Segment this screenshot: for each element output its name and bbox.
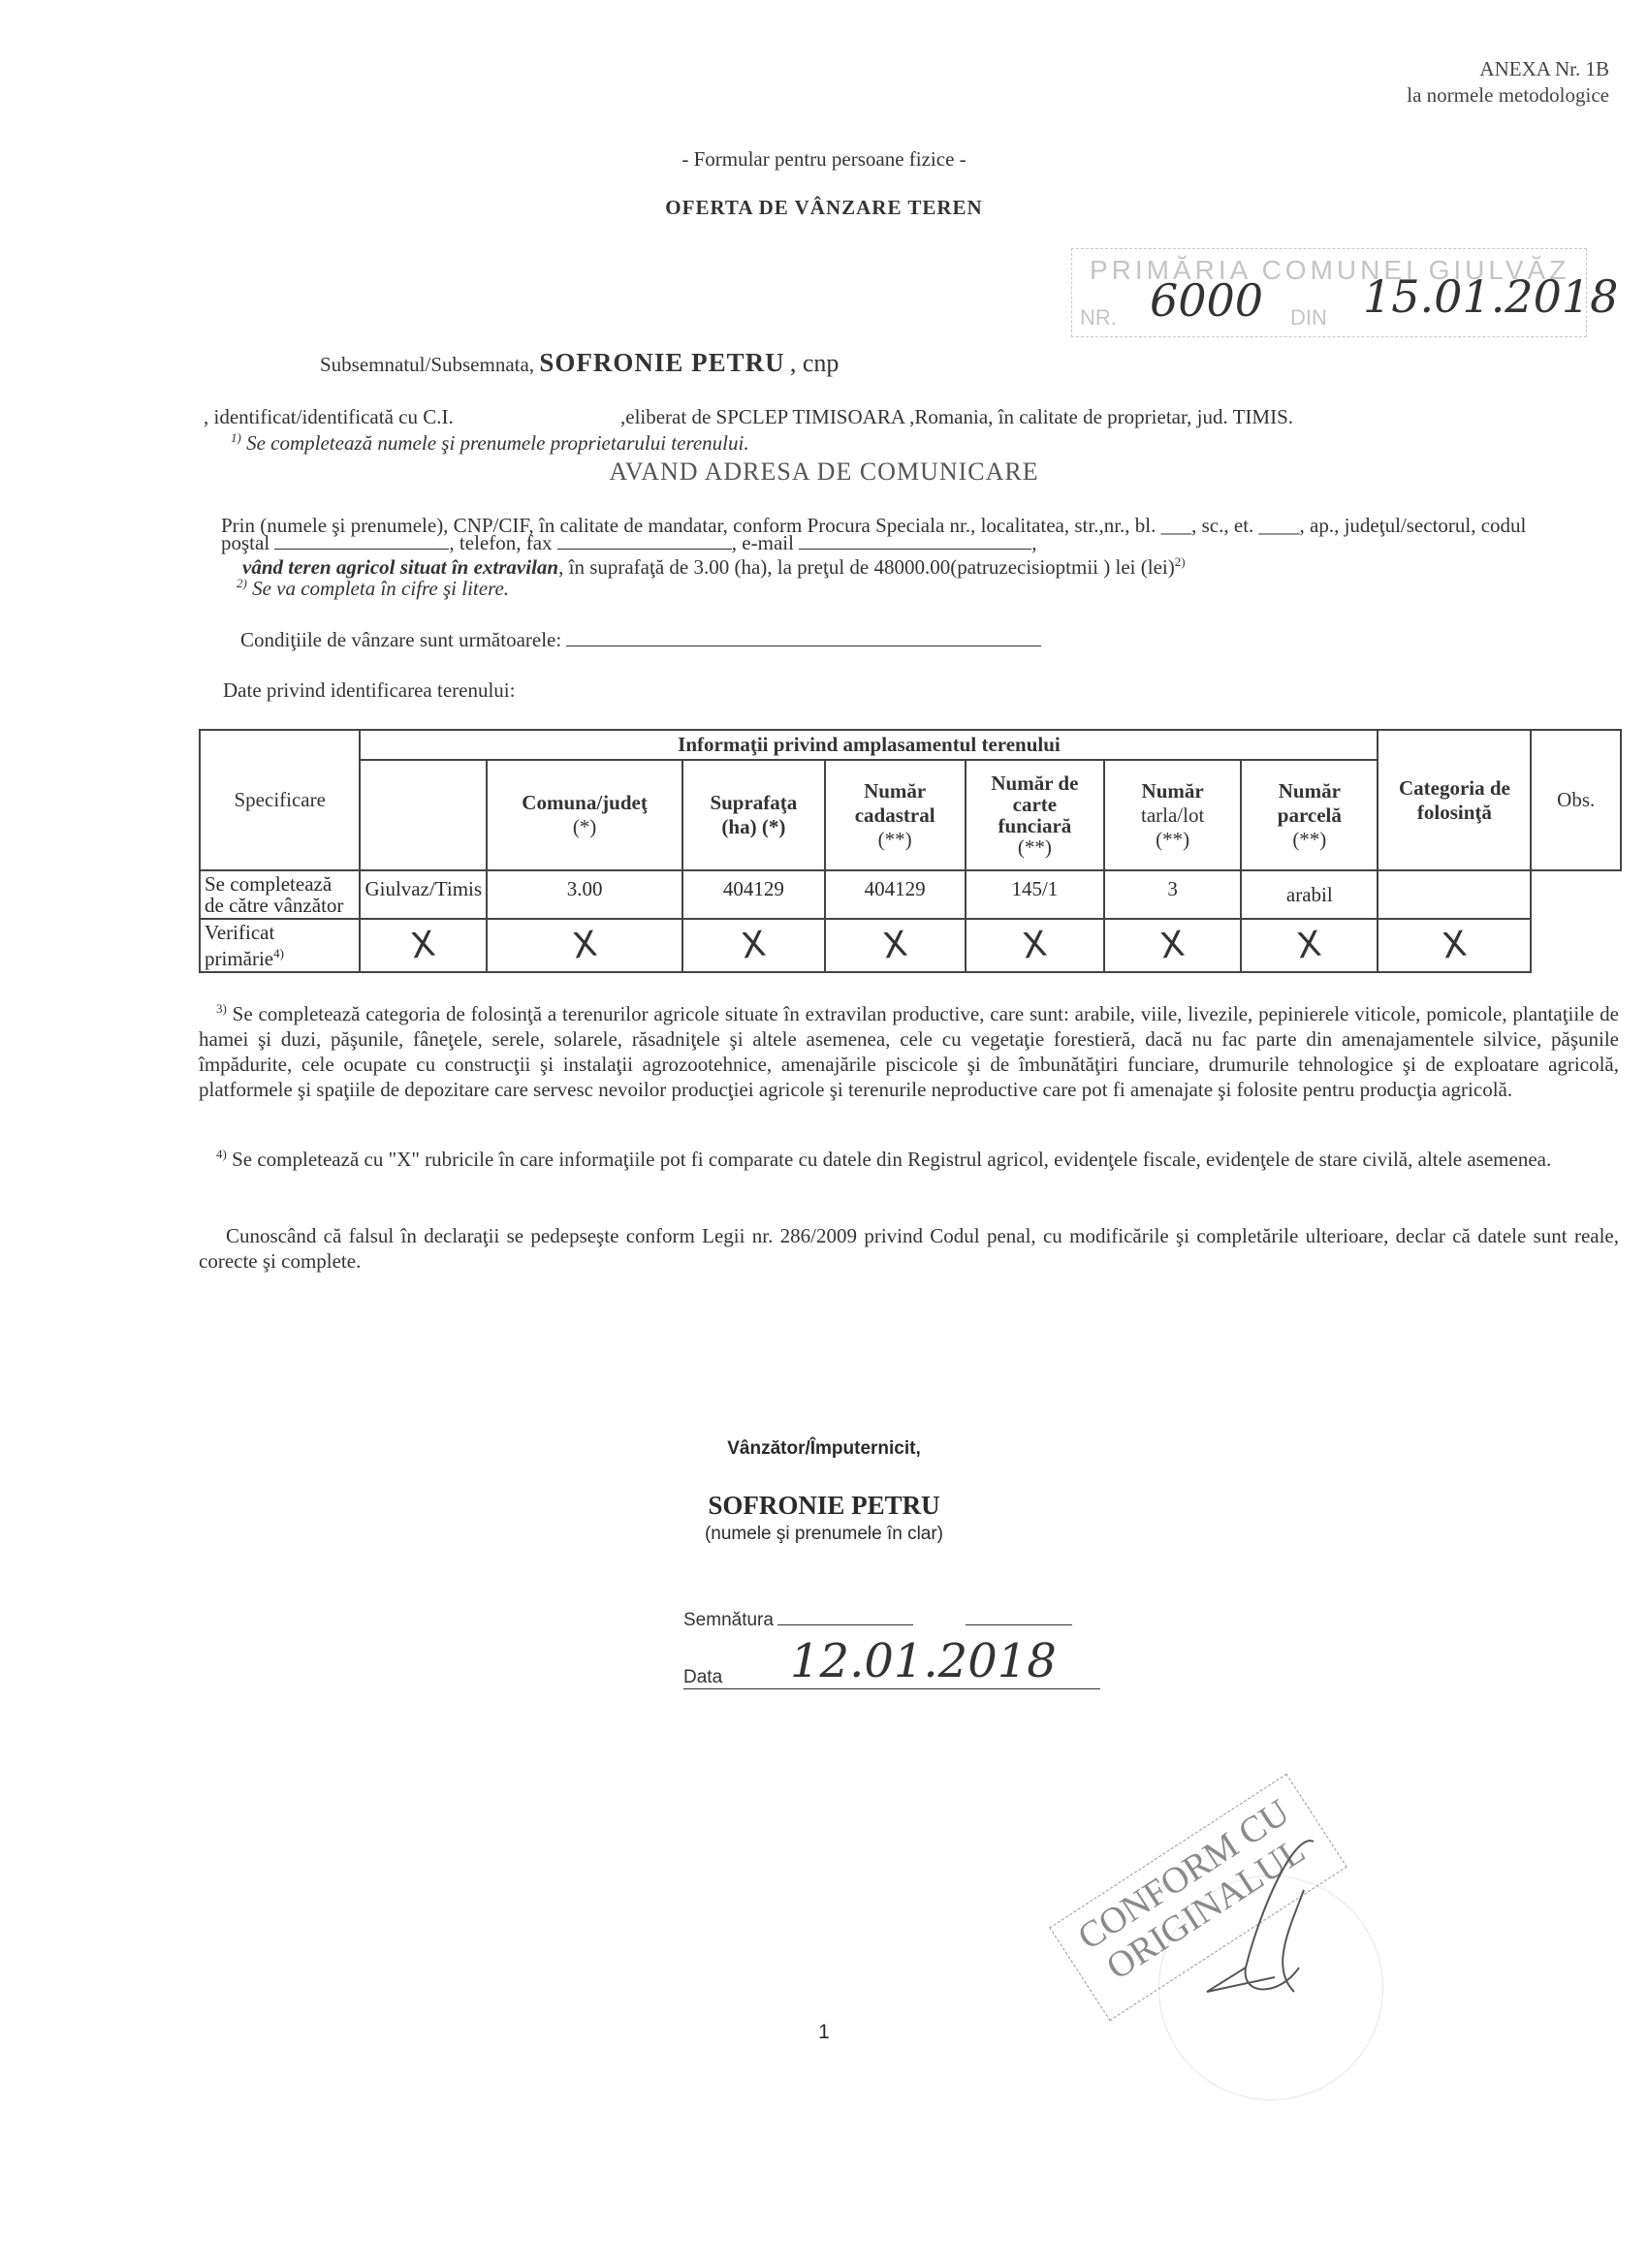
header-categoria-l2: folosinţă	[1382, 801, 1526, 825]
conditions-label: Condiţiile de vânzare sunt următoarele:	[240, 628, 561, 651]
header-carte-l3: funciară	[970, 815, 1099, 836]
footnote-4: 4) Se completează cu "X" rubricile în ca…	[199, 1142, 1619, 1172]
address-heading: AVAND ADRESA DE COMUNICARE	[0, 457, 1648, 487]
cell-categoria: arabil	[1241, 870, 1378, 919]
x-mark-icon: X	[739, 924, 768, 966]
x-mark-icon: X	[1020, 924, 1049, 966]
header-categoria: Categoria de folosinţă	[1378, 730, 1531, 870]
cell-tarla: 145/1	[966, 870, 1104, 919]
postal-code-field[interactable]	[274, 531, 449, 550]
header-parcela-l3: (**)	[1246, 828, 1373, 852]
signer-name: SOFRONIE PETRU	[0, 1491, 1648, 1521]
row-label-verified-text: primărie	[205, 947, 273, 970]
footnote-2: 2) Se va completa în cifre şi litere.	[237, 572, 509, 600]
annex-note: la normele metodologice	[1407, 82, 1609, 109]
table-header-row-group: Specificare Informaţii privind amplasame…	[200, 730, 1621, 760]
footnote-4-text: Se completează cu "X" rubricile în care …	[232, 1148, 1551, 1171]
header-specificare: Specificare	[200, 730, 360, 870]
declaration-text: Cunoscând că falsul în declaraţii se ped…	[199, 1223, 1619, 1274]
footnote-3: 3) Se completează categoria de folosinţă…	[199, 996, 1619, 1102]
date-line: Data 12.01.2018	[683, 1648, 1100, 1689]
header-parcela-l2: parcelă	[1246, 803, 1373, 828]
registration-number: 6000	[1150, 274, 1263, 327]
check-cadastral: X	[682, 919, 825, 972]
owner-prefix: Subsemnatul/Subsemnata,	[320, 353, 534, 376]
x-mark-icon: X	[880, 924, 909, 966]
row-label-verified-l1: Verificat	[205, 922, 355, 943]
cell-carte-funciara: 404129	[825, 870, 966, 919]
issued-by-text: ,eliberat de SPCLEP TIMISOARA ,Romania, …	[620, 405, 1293, 428]
row-label-verified: Verificat primărie4)	[200, 919, 360, 972]
header-suprafata-l1: Suprafaţa	[687, 791, 820, 815]
row-label-seller: Se completează de către vânzător	[200, 870, 360, 919]
footnote-3-text: Se completează categoria de folosinţă a …	[199, 1002, 1619, 1101]
land-id-label: Date privind identificarea terenului:	[223, 678, 515, 702]
owner-line: Subsemnatul/Subsemnata, SOFRONIE PETRU ,…	[320, 351, 839, 376]
header-tarla-l3: (**)	[1109, 828, 1236, 852]
cell-suprafata: 3.00	[487, 870, 682, 919]
footnote-4-mark: 4)	[199, 1147, 227, 1161]
header-carte-funciara: Număr de carte funciară (**)	[966, 760, 1104, 870]
cell-obs	[1378, 870, 1531, 919]
row-label-seller-l1: Se completează	[205, 873, 355, 895]
signature-field[interactable]	[777, 1607, 913, 1625]
cnp-label: , cnp	[790, 349, 840, 377]
table-row: Se completează de către vânzător Giulvaz…	[200, 870, 1621, 919]
check-tarla: X	[966, 919, 1104, 972]
check-parcela: X	[1104, 919, 1241, 972]
land-table: Specificare Informaţii privind amplasame…	[199, 729, 1622, 973]
header-carte-l2: carte	[970, 794, 1099, 815]
id-card-text: , identificat/identificată cu C.I.	[204, 405, 454, 428]
row-label-verified-l2: primărie4)	[205, 943, 355, 969]
header-tarla-l1: Număr	[1109, 779, 1236, 803]
check-categoria: X	[1241, 919, 1378, 972]
header-tarla: Număr tarla/lot (**)	[1104, 760, 1241, 870]
check-carte-funciara: X	[825, 919, 966, 972]
seller-role: Vânzător/Împuternicit,	[0, 1438, 1648, 1460]
annex-reference: ANEXA Nr. 1B la normele metodologice	[1407, 56, 1609, 109]
cell-parcela: 3	[1104, 870, 1241, 919]
header-parcela-l1: Număr	[1246, 779, 1373, 803]
x-mark-icon: X	[1158, 924, 1188, 966]
signature-line: Semnătura	[683, 1607, 1072, 1631]
sale-sup: 2)	[1175, 554, 1186, 569]
footnote-1: 1) Se completează numele şi prenumele pr…	[231, 426, 749, 455]
header-carte-l1: Număr de	[970, 772, 1099, 794]
x-mark-icon: X	[570, 924, 599, 966]
header-group-location: Informaţii privind amplasamentul terenul…	[360, 730, 1378, 760]
x-mark-icon: X	[409, 924, 438, 966]
header-suprafata-l2: (ha) (*)	[687, 815, 820, 839]
footnote-2-text: Se va completa în cifre şi litere.	[252, 577, 509, 600]
signer-name-hint: (numele şi prenumele în clar)	[0, 1524, 1648, 1545]
footnote-1-text: Se completează numele şi prenumele propr…	[246, 431, 748, 455]
stamp-nr-label: NR.	[1080, 305, 1117, 331]
row-label-seller-l2: de către vânzător	[205, 895, 355, 916]
footnote-2-mark: 2)	[237, 576, 247, 590]
header-parcela: Număr parcelă (**)	[1241, 760, 1378, 870]
footnote-3-mark: 3)	[199, 1001, 227, 1016]
header-categoria-l1: Categoria de	[1382, 776, 1526, 801]
header-suprafata: Suprafaţa (ha) (*)	[682, 760, 825, 870]
x-mark-icon: X	[1295, 924, 1324, 966]
registration-stamp: PRIMĂRIA COMUNEI GIULVĂZ NR. 6000 DIN 15…	[1071, 248, 1587, 337]
header-cadastral-l2: cadastral	[830, 803, 961, 828]
date-label: Data	[683, 1667, 722, 1688]
conditions-field[interactable]	[566, 628, 1041, 646]
header-cadastral: Număr cadastral (**)	[825, 760, 966, 870]
registration-date: 15.01.2018	[1363, 270, 1618, 323]
conditions-line: Condiţiile de vânzare sunt următoarele:	[240, 628, 1041, 651]
phone-fax-field[interactable]	[557, 531, 732, 550]
annex-number: ANEXA Nr. 1B	[1407, 56, 1609, 82]
cell-cadastral: 404129	[682, 870, 825, 919]
email-field[interactable]	[799, 531, 1031, 550]
header-obs: Obs.	[1531, 730, 1621, 870]
owner-name: SOFRONIE PETRU	[539, 348, 784, 377]
check-comuna: X	[360, 919, 487, 972]
page-number: 1	[0, 2021, 1648, 2044]
stamp-din-label: DIN	[1290, 305, 1327, 331]
form-title: OFERTA DE VÂNZARE TEREN	[0, 196, 1648, 220]
header-carte-l4: (**)	[970, 836, 1099, 858]
footnote-1-mark: 1)	[231, 430, 241, 445]
cell-comuna: Giulvaz/Timis	[360, 870, 487, 919]
sale-text: , în suprafaţă de 3.00 (ha), la preţul d…	[558, 555, 1175, 579]
header-cadastral-l1: Număr	[830, 779, 961, 803]
header-cadastral-l3: (**)	[830, 828, 961, 852]
handwritten-signature-icon	[1202, 1832, 1328, 2026]
x-mark-icon: X	[1440, 924, 1469, 966]
header-comuna: Comuna/judeţ (*)	[487, 760, 682, 870]
header-comuna-l1: Comuna/judeţ	[491, 791, 678, 815]
table-row: Verificat primărie4) X X X X X X X X	[200, 919, 1621, 972]
signed-date: 12.01.2018	[790, 1634, 1057, 1688]
check-obs: X	[1378, 919, 1531, 972]
header-comuna-l2: (*)	[491, 815, 678, 839]
signature-label: Semnătura	[683, 1610, 774, 1630]
header-tarla-l2: tarla/lot	[1109, 803, 1236, 828]
check-suprafata: X	[487, 919, 682, 972]
signature-field-extra	[966, 1607, 1072, 1625]
form-subtitle: - Formular pentru persoane fizice -	[0, 147, 1648, 172]
row-label-verified-sup: 4)	[273, 946, 284, 961]
